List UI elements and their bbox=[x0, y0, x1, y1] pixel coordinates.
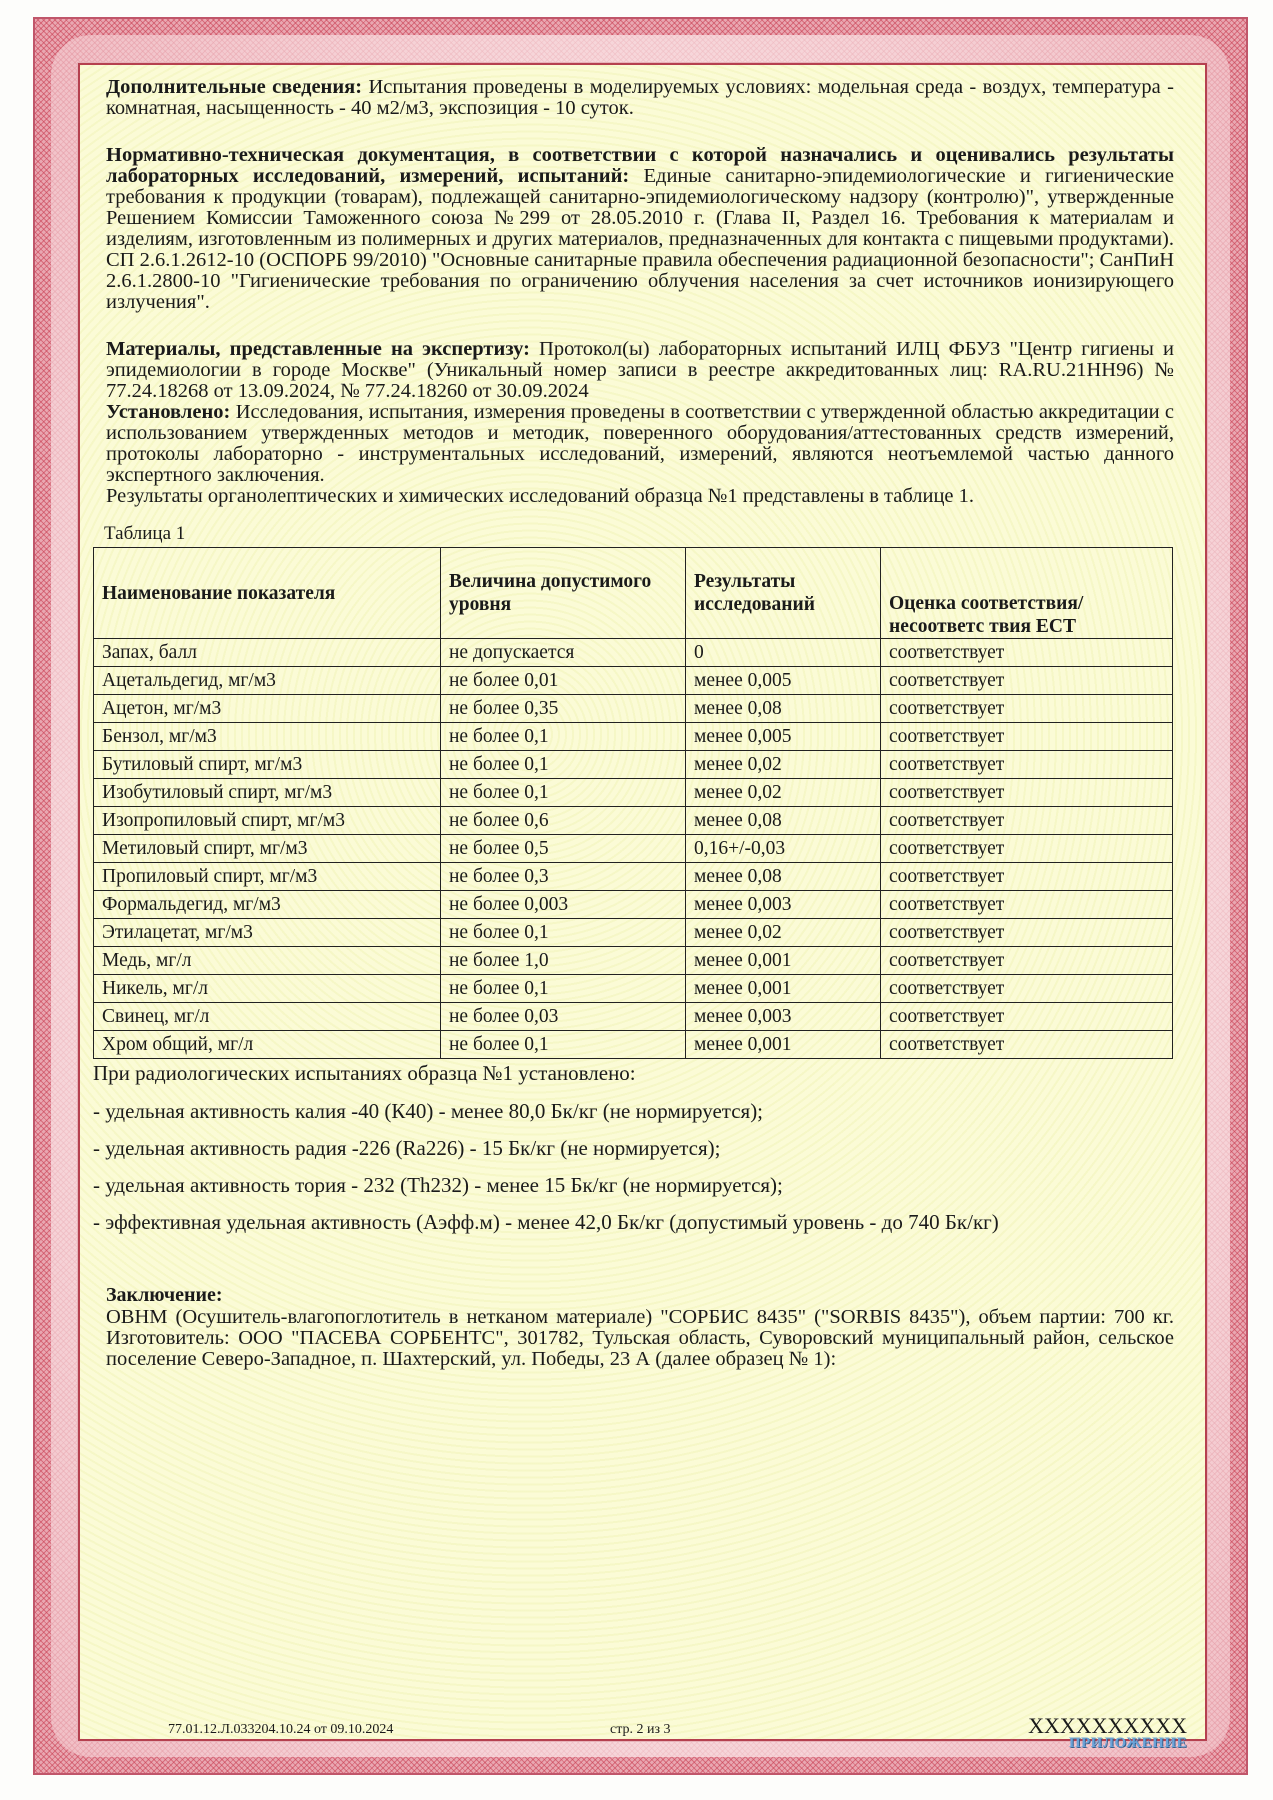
conclusion-text: ОВНМ (Осушитель-влагопоглотитель в нетка… bbox=[106, 1307, 1174, 1370]
cell-indicator: Хром общий, мг/л bbox=[94, 1031, 441, 1059]
table-caption: Таблица 1 bbox=[104, 523, 1174, 545]
cell-compliance: соответствует bbox=[881, 947, 1173, 975]
cell-allowed-level: не более 0,1 bbox=[441, 779, 686, 807]
column-header-results: Результаты исследований bbox=[686, 548, 881, 639]
cell-indicator: Ацетальдегид, мг/м3 bbox=[94, 667, 441, 695]
cell-result: менее 0,005 bbox=[686, 723, 881, 751]
cell-indicator: Этилацетат, мг/м3 bbox=[94, 919, 441, 947]
cell-indicator: Метиловый спирт, мг/м3 bbox=[94, 835, 441, 863]
established-paragraph: Установлено: Исследования, испытания, из… bbox=[106, 402, 1174, 486]
additional-info-paragraph: Дополнительные сведения: Испытания прове… bbox=[106, 77, 1174, 119]
table-row: Изобутиловый спирт, мг/м3не более 0,1мен… bbox=[94, 779, 1173, 807]
cell-result: менее 0,02 bbox=[686, 919, 881, 947]
established-text: Исследования, испытания, измерения прове… bbox=[106, 401, 1174, 486]
radiology-item: - эффективная удельная активность (Аэфф.… bbox=[93, 1211, 1174, 1234]
cell-allowed-level: не более 0,1 bbox=[441, 751, 686, 779]
materials-paragraph: Материалы, представленные на экспертизу:… bbox=[106, 339, 1174, 402]
table-row: Метиловый спирт, мг/м3не более 0,50,16+/… bbox=[94, 835, 1173, 863]
cell-compliance: соответствует bbox=[881, 891, 1173, 919]
table-row: Этилацетат, мг/м3не более 0,1менее 0,02с… bbox=[94, 919, 1173, 947]
cell-allowed-level: не более 1,0 bbox=[441, 947, 686, 975]
cell-allowed-level: не более 0,1 bbox=[441, 919, 686, 947]
radiology-title: При радиологических испытаниях образца №… bbox=[93, 1061, 1174, 1086]
document-body: Дополнительные сведения: Испытания прове… bbox=[106, 77, 1174, 1370]
cell-compliance: соответствует bbox=[881, 751, 1173, 779]
cell-indicator: Бутиловый спирт, мг/м3 bbox=[94, 751, 441, 779]
cell-allowed-level: не более 0,01 bbox=[441, 667, 686, 695]
results-intro: Результаты органолептических и химически… bbox=[106, 486, 1174, 507]
radiology-item: - удельная активность тория - 232 (Th232… bbox=[93, 1174, 1174, 1197]
cell-compliance: соответствует bbox=[881, 639, 1173, 667]
cell-indicator: Запах, балл bbox=[94, 639, 441, 667]
cell-indicator: Свинец, мг/л bbox=[94, 1003, 441, 1031]
table-row: Изопропиловый спирт, мг/м3не более 0,6ме… bbox=[94, 807, 1173, 835]
cell-compliance: соответствует bbox=[881, 807, 1173, 835]
cell-allowed-level: не более 0,3 bbox=[441, 863, 686, 891]
normative-docs-paragraph: Нормативно-техническая документация, в с… bbox=[106, 145, 1174, 313]
table-row: Запах, баллне допускается0соответствует bbox=[94, 639, 1173, 667]
additional-info-label: Дополнительные сведения: bbox=[106, 76, 362, 98]
cell-allowed-level: не более 0,03 bbox=[441, 1003, 686, 1031]
table-row: Свинец, мг/лне более 0,03менее 0,003соот… bbox=[94, 1003, 1173, 1031]
cell-indicator: Изобутиловый спирт, мг/м3 bbox=[94, 779, 441, 807]
cell-allowed-level: не более 0,6 bbox=[441, 807, 686, 835]
results-table: Наименование показателя Величина допусти… bbox=[93, 547, 1173, 1059]
table-row: Никель, мг/лне более 0,1менее 0,001соотв… bbox=[94, 975, 1173, 1003]
radiology-item: - удельная активность калия -40 (К40) - … bbox=[93, 1100, 1174, 1123]
cell-result: менее 0,003 bbox=[686, 891, 881, 919]
cell-compliance: соответствует bbox=[881, 1003, 1173, 1031]
column-header-indicator: Наименование показателя bbox=[94, 548, 441, 639]
cell-allowed-level: не более 0,35 bbox=[441, 695, 686, 723]
table-row: Бутиловый спирт, мг/м3не более 0,1менее … bbox=[94, 751, 1173, 779]
table-row: Ацетон, мг/м3не более 0,35менее 0,08соот… bbox=[94, 695, 1173, 723]
table-row: Бензол, мг/м3не более 0,1менее 0,005соот… bbox=[94, 723, 1173, 751]
radiology-item: - удельная активность радия -226 (Ra226)… bbox=[93, 1137, 1174, 1160]
table-body: Запах, баллне допускается0соответствуетА… bbox=[94, 639, 1173, 1059]
footer-serial-block: XXXXXXXXXX ПРИЛОЖЕНИЕ bbox=[1028, 1713, 1187, 1752]
document-page: Дополнительные сведения: Испытания прове… bbox=[78, 63, 1207, 1741]
cell-result: менее 0,005 bbox=[686, 667, 881, 695]
footer-page-number: стр. 2 из 3 bbox=[610, 1722, 671, 1738]
column-header-compliance: Оценка соответствия/несоответс твия ЕСТ bbox=[881, 548, 1173, 639]
cell-compliance: соответствует bbox=[881, 695, 1173, 723]
column-header-allowed-level: Величина допустимого уровня bbox=[441, 548, 686, 639]
cell-indicator: Формальдегид, мг/м3 bbox=[94, 891, 441, 919]
cell-compliance: соответствует bbox=[881, 975, 1173, 1003]
cell-allowed-level: не более 0,1 bbox=[441, 975, 686, 1003]
normative-docs-text: Единые санитарно-эпидемиологические и ги… bbox=[106, 165, 1174, 313]
cell-allowed-level: не более 0,5 bbox=[441, 835, 686, 863]
cell-compliance: соответствует bbox=[881, 667, 1173, 695]
cell-compliance: соответствует bbox=[881, 919, 1173, 947]
cell-allowed-level: не более 0,003 bbox=[441, 891, 686, 919]
cell-indicator: Медь, мг/л bbox=[94, 947, 441, 975]
established-label: Установлено: bbox=[106, 401, 230, 423]
cell-indicator: Никель, мг/л bbox=[94, 975, 441, 1003]
cell-result: менее 0,001 bbox=[686, 947, 881, 975]
cell-result: 0,16+/-0,03 bbox=[686, 835, 881, 863]
cell-result: менее 0,08 bbox=[686, 695, 881, 723]
table-row: Медь, мг/лне более 1,0менее 0,001соответ… bbox=[94, 947, 1173, 975]
cell-indicator: Бензол, мг/м3 bbox=[94, 723, 441, 751]
cell-allowed-level: не допускается bbox=[441, 639, 686, 667]
cell-compliance: соответствует bbox=[881, 835, 1173, 863]
cell-result: менее 0,02 bbox=[686, 779, 881, 807]
table-row: Хром общий, мг/лне более 0,1менее 0,001с… bbox=[94, 1031, 1173, 1059]
table-row: Пропиловый спирт, мг/м3не более 0,3менее… bbox=[94, 863, 1173, 891]
cell-compliance: соответствует bbox=[881, 863, 1173, 891]
table-row: Ацетальдегид, мг/м3не более 0,01менее 0,… bbox=[94, 667, 1173, 695]
cell-result: менее 0,003 bbox=[686, 1003, 881, 1031]
cell-result: менее 0,08 bbox=[686, 863, 881, 891]
materials-label: Материалы, представленные на экспертизу: bbox=[106, 338, 530, 360]
cell-compliance: соответствует bbox=[881, 1031, 1173, 1059]
conclusion-label: Заключение: bbox=[106, 1284, 1174, 1307]
table-header-row: Наименование показателя Величина допусти… bbox=[94, 548, 1173, 639]
cell-indicator: Изопропиловый спирт, мг/м3 bbox=[94, 807, 441, 835]
cell-result: менее 0,001 bbox=[686, 975, 881, 1003]
cell-result: 0 bbox=[686, 639, 881, 667]
cell-result: менее 0,001 bbox=[686, 1031, 881, 1059]
cell-indicator: Ацетон, мг/м3 bbox=[94, 695, 441, 723]
table-row: Формальдегид, мг/м3не более 0,003менее 0… bbox=[94, 891, 1173, 919]
cell-compliance: соответствует bbox=[881, 779, 1173, 807]
cell-indicator: Пропиловый спирт, мг/м3 bbox=[94, 863, 441, 891]
cell-result: менее 0,02 bbox=[686, 751, 881, 779]
cell-compliance: соответствует bbox=[881, 723, 1173, 751]
footer-doc-number: 77.01.12.Л.033204.10.24 от 09.10.2024 bbox=[168, 1722, 393, 1738]
cell-allowed-level: не более 0,1 bbox=[441, 723, 686, 751]
cell-allowed-level: не более 0,1 bbox=[441, 1031, 686, 1059]
cell-result: менее 0,08 bbox=[686, 807, 881, 835]
